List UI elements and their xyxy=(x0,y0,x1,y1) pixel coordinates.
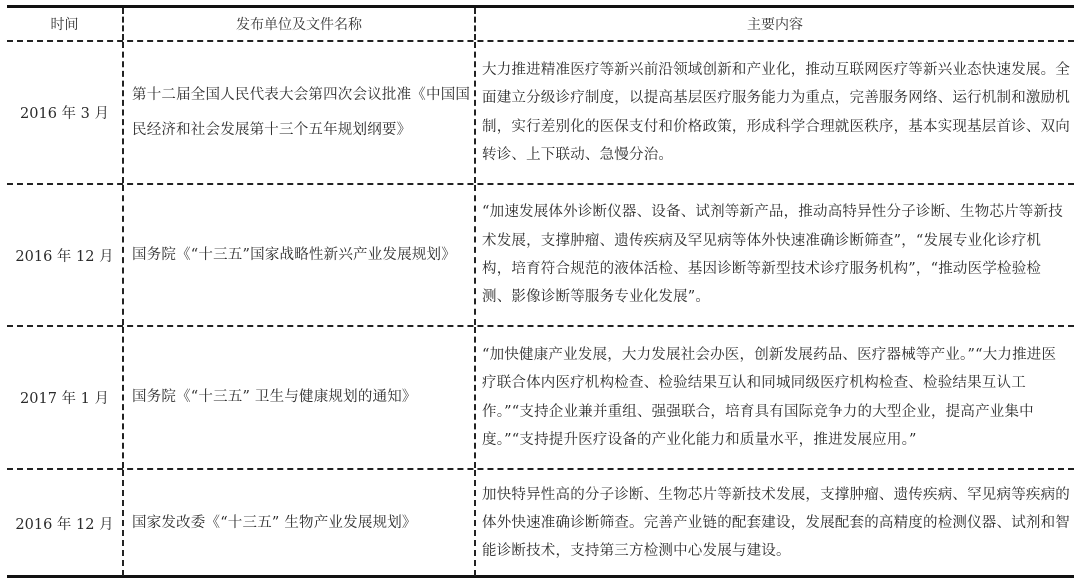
row-document: 第十二届全国人民代表大会第四次会议批准《中国国民经济和社会发展第十三个五年规划纲… xyxy=(132,78,474,148)
row-content: 大力推进精准医疗等新兴前沿领域创新和产业化，推动互联网医疗等新兴业态快速发展。全… xyxy=(482,56,1070,169)
row-date: 2016 年 3 月 xyxy=(20,102,109,123)
row-date: 2016 年 12 月 xyxy=(15,513,113,534)
row-content: 加快特异性高的分子诊断、生物芯片等新技术发展，支撑肿瘤、遗传疾病、罕见病等疾病的… xyxy=(482,481,1070,566)
table-row: 2016 年 12 月 国务院《“十三五”国家战略性新兴产业发展规划》 “加速发… xyxy=(7,183,1074,325)
row-date: 2017 年 1 月 xyxy=(20,387,109,408)
table-row: 2017 年 1 月 国务院《“十三五” 卫生与健康规划的通知》 “加快健康产业… xyxy=(7,325,1074,468)
header-time: 时间 xyxy=(7,8,122,40)
row-document: 国务院《“十三五” 卫生与健康规划的通知》 xyxy=(132,380,417,415)
row-content: “加快健康产业发展，大力发展社会办医，创新发展药品、医疗器械等产业。”“大力推进… xyxy=(482,341,1070,454)
header-document: 发布单位及文件名称 xyxy=(122,8,474,40)
table-row: 2016 年 3 月 第十二届全国人民代表大会第四次会议批准《中国国民经济和社会… xyxy=(7,40,1074,183)
row-content: “加速发展体外诊断仪器、设备、试剂等新产品，推动高特异性分子诊断、生物芯片等新技… xyxy=(482,198,1070,311)
header-content: 主要内容 xyxy=(474,8,1074,40)
policy-table: 时间 发布单位及文件名称 主要内容 2016 年 3 月 第十二届全国人民代表大… xyxy=(7,5,1074,578)
row-document: 国家发改委《“十三五” 生物产业发展规划》 xyxy=(132,506,417,541)
row-document: 国务院《“十三五”国家战略性新兴产业发展规划》 xyxy=(132,238,456,273)
row-date: 2016 年 12 月 xyxy=(15,245,113,266)
table-header-row: 时间 发布单位及文件名称 主要内容 xyxy=(7,8,1074,40)
table-row: 2016 年 12 月 国家发改委《“十三五” 生物产业发展规划》 加快特异性高… xyxy=(7,468,1074,576)
